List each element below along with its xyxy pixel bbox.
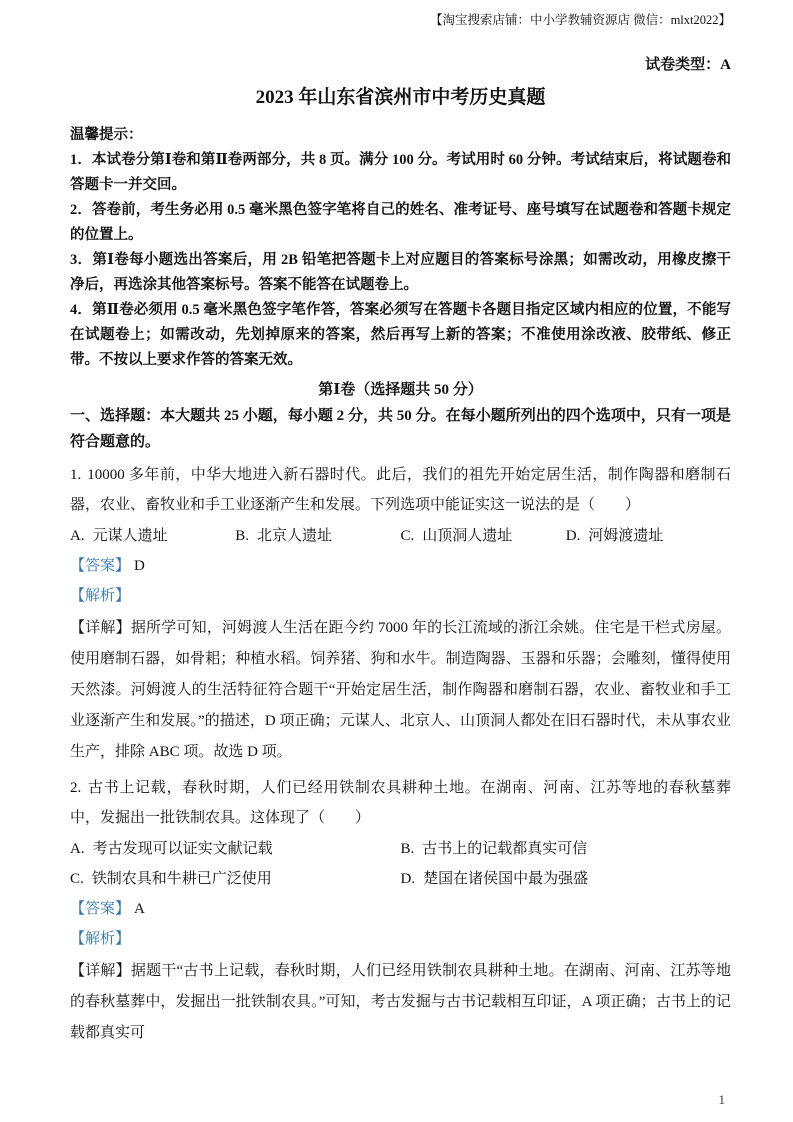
question-1-answer-line: 【答案】D <box>70 551 731 581</box>
question-1-option-d: D.河姆渡遗址 <box>566 521 731 551</box>
question-2-option-d: D.楚国在诸侯国中最为强盛 <box>401 864 732 894</box>
paper-type-label: 试卷类型：A <box>70 55 731 75</box>
question-1-stem: 1.10000 多年前，中华大地进入新石器时代。此后，我们的祖先开始定居生活，制… <box>70 460 731 520</box>
analysis-label: 【解析】 <box>70 931 130 947</box>
question-2-option-a-label: A. <box>70 841 85 857</box>
question-1-stem-text: 10000 多年前，中华大地进入新石器时代。此后，我们的祖先开始定居生活，制作陶… <box>70 467 731 513</box>
analysis-label: 【解析】 <box>70 588 130 604</box>
question-2-answer-value: A <box>134 901 145 917</box>
question-1-option-c-text: 山顶洞人遗址 <box>422 528 512 544</box>
question-2-stem: 2.古书上记载，春秋时期，人们已经用铁制农具耕种土地。在湖南、河南、江苏等地的春… <box>70 773 731 833</box>
question-1-option-b-text: 北京人遗址 <box>257 528 332 544</box>
question-2-option-c: C.铁制农具和牛耕已广泛使用 <box>70 864 401 894</box>
question-1-option-c-label: C. <box>401 528 415 544</box>
question-2-analysis-line: 【解析】 <box>70 924 731 954</box>
question-1-option-b: B.北京人遗址 <box>235 521 400 551</box>
answer-label: 【答案】 <box>70 901 130 917</box>
detail-label: 【详解】 <box>70 620 131 636</box>
question-2-option-d-text: 楚国在诸侯国中最为强盛 <box>423 871 588 887</box>
question-2-detail: 【详解】据题干“古书上记载，春秋时期，人们已经用铁制农具耕种土地。在湖南、河南、… <box>70 956 731 1049</box>
question-2-option-b-label: B. <box>401 841 415 857</box>
question-1-option-d-text: 河姆渡遗址 <box>588 528 663 544</box>
notice-item-1: 1．本试卷分第Ⅰ卷和第Ⅱ卷两部分，共 8 页。满分 100 分。考试用时 60 … <box>70 148 731 198</box>
page-number: 1 <box>719 1092 726 1108</box>
question-2-stem-text: 古书上记载，春秋时期，人们已经用铁制农具耕种土地。在湖南、河南、江苏等地的春秋墓… <box>70 780 731 826</box>
notice-item-2: 2．答卷前，考生务必用 0.5 毫米黑色签字笔将自己的姓名、准考证号、座号填写在… <box>70 198 731 248</box>
question-1-answer-value: D <box>134 558 145 574</box>
question-1-number: 1. <box>70 467 81 483</box>
question-2-option-c-label: C. <box>70 871 84 887</box>
answer-label: 【答案】 <box>70 558 130 574</box>
question-1-option-d-label: D. <box>566 528 581 544</box>
question-1-option-c: C.山顶洞人遗址 <box>401 521 566 551</box>
detail-label: 【详解】 <box>70 963 131 979</box>
question-2-number: 2. <box>70 780 81 796</box>
question-1-option-a: A.元谋人遗址 <box>70 521 235 551</box>
question-2-options: A.考古发现可以证实文献记载 B.古书上的记载都真实可信 C.铁制农具和牛耕已广… <box>70 834 731 894</box>
question-2-option-a: A.考古发现可以证实文献记载 <box>70 834 401 864</box>
question-1-option-b-label: B. <box>235 528 249 544</box>
document-page: 【淘宝搜索店铺：中小学教辅资源店 微信：mlxt2022】 试卷类型：A 202… <box>0 0 793 1122</box>
notice-heading: 温馨提示： <box>70 123 731 148</box>
question-2-option-d-label: D. <box>401 871 416 887</box>
notice-item-3: 3．第Ⅰ卷每小题选出答案后，用 2B 铅笔把答题卡上对应题目的答案标号涂黑；如需… <box>70 248 731 298</box>
question-1-options: A.元谋人遗址 B.北京人遗址 C.山顶洞人遗址 D.河姆渡遗址 <box>70 521 731 551</box>
document-title: 2023 年山东省滨州市中考历史真题 <box>70 85 731 111</box>
question-2-detail-text: 据题干“古书上记载，春秋时期，人们已经用铁制农具耕种土地。在湖南、河南、江苏等地… <box>70 963 731 1041</box>
part1-title: 第Ⅰ卷（选择题共 50 分） <box>70 377 731 403</box>
question-1-option-a-text: 元谋人遗址 <box>93 528 168 544</box>
store-watermark: 【淘宝搜索店铺：中小学教辅资源店 微信：mlxt2022】 <box>70 12 731 29</box>
question-2-option-b-text: 古书上的记载都真实可信 <box>422 841 587 857</box>
question-2-answer-line: 【答案】A <box>70 894 731 924</box>
question-2-option-a-text: 考古发现可以证实文献记载 <box>93 841 273 857</box>
question-1: 1.10000 多年前，中华大地进入新石器时代。此后，我们的祖先开始定居生活，制… <box>70 460 731 768</box>
question-2-option-c-text: 铁制农具和牛耕已广泛使用 <box>92 871 272 887</box>
question-1-analysis-line: 【解析】 <box>70 581 731 611</box>
exam-notice: 温馨提示： 1．本试卷分第Ⅰ卷和第Ⅱ卷两部分，共 8 页。满分 100 分。考试… <box>70 123 731 373</box>
question-2-option-b: B.古书上的记载都真实可信 <box>401 834 732 864</box>
section-instruction: 一、选择题：本大题共 25 小题，每小题 2 分，共 50 分。在每小题所列出的… <box>70 403 731 455</box>
notice-item-4: 4．第Ⅱ卷必须用 0.5 毫米黑色签字笔作答，答案必须写在答题卡各题目指定区域内… <box>70 298 731 373</box>
question-1-detail: 【详解】据所学可知，河姆渡人生活在距今约 7000 年的长江流域的浙江余姚。住宅… <box>70 613 731 768</box>
question-2: 2.古书上记载，春秋时期，人们已经用铁制农具耕种土地。在湖南、河南、江苏等地的春… <box>70 773 731 1049</box>
question-1-option-a-label: A. <box>70 528 85 544</box>
question-1-detail-text: 据所学可知，河姆渡人生活在距今约 7000 年的长江流域的浙江余姚。住宅是干栏式… <box>70 620 731 760</box>
